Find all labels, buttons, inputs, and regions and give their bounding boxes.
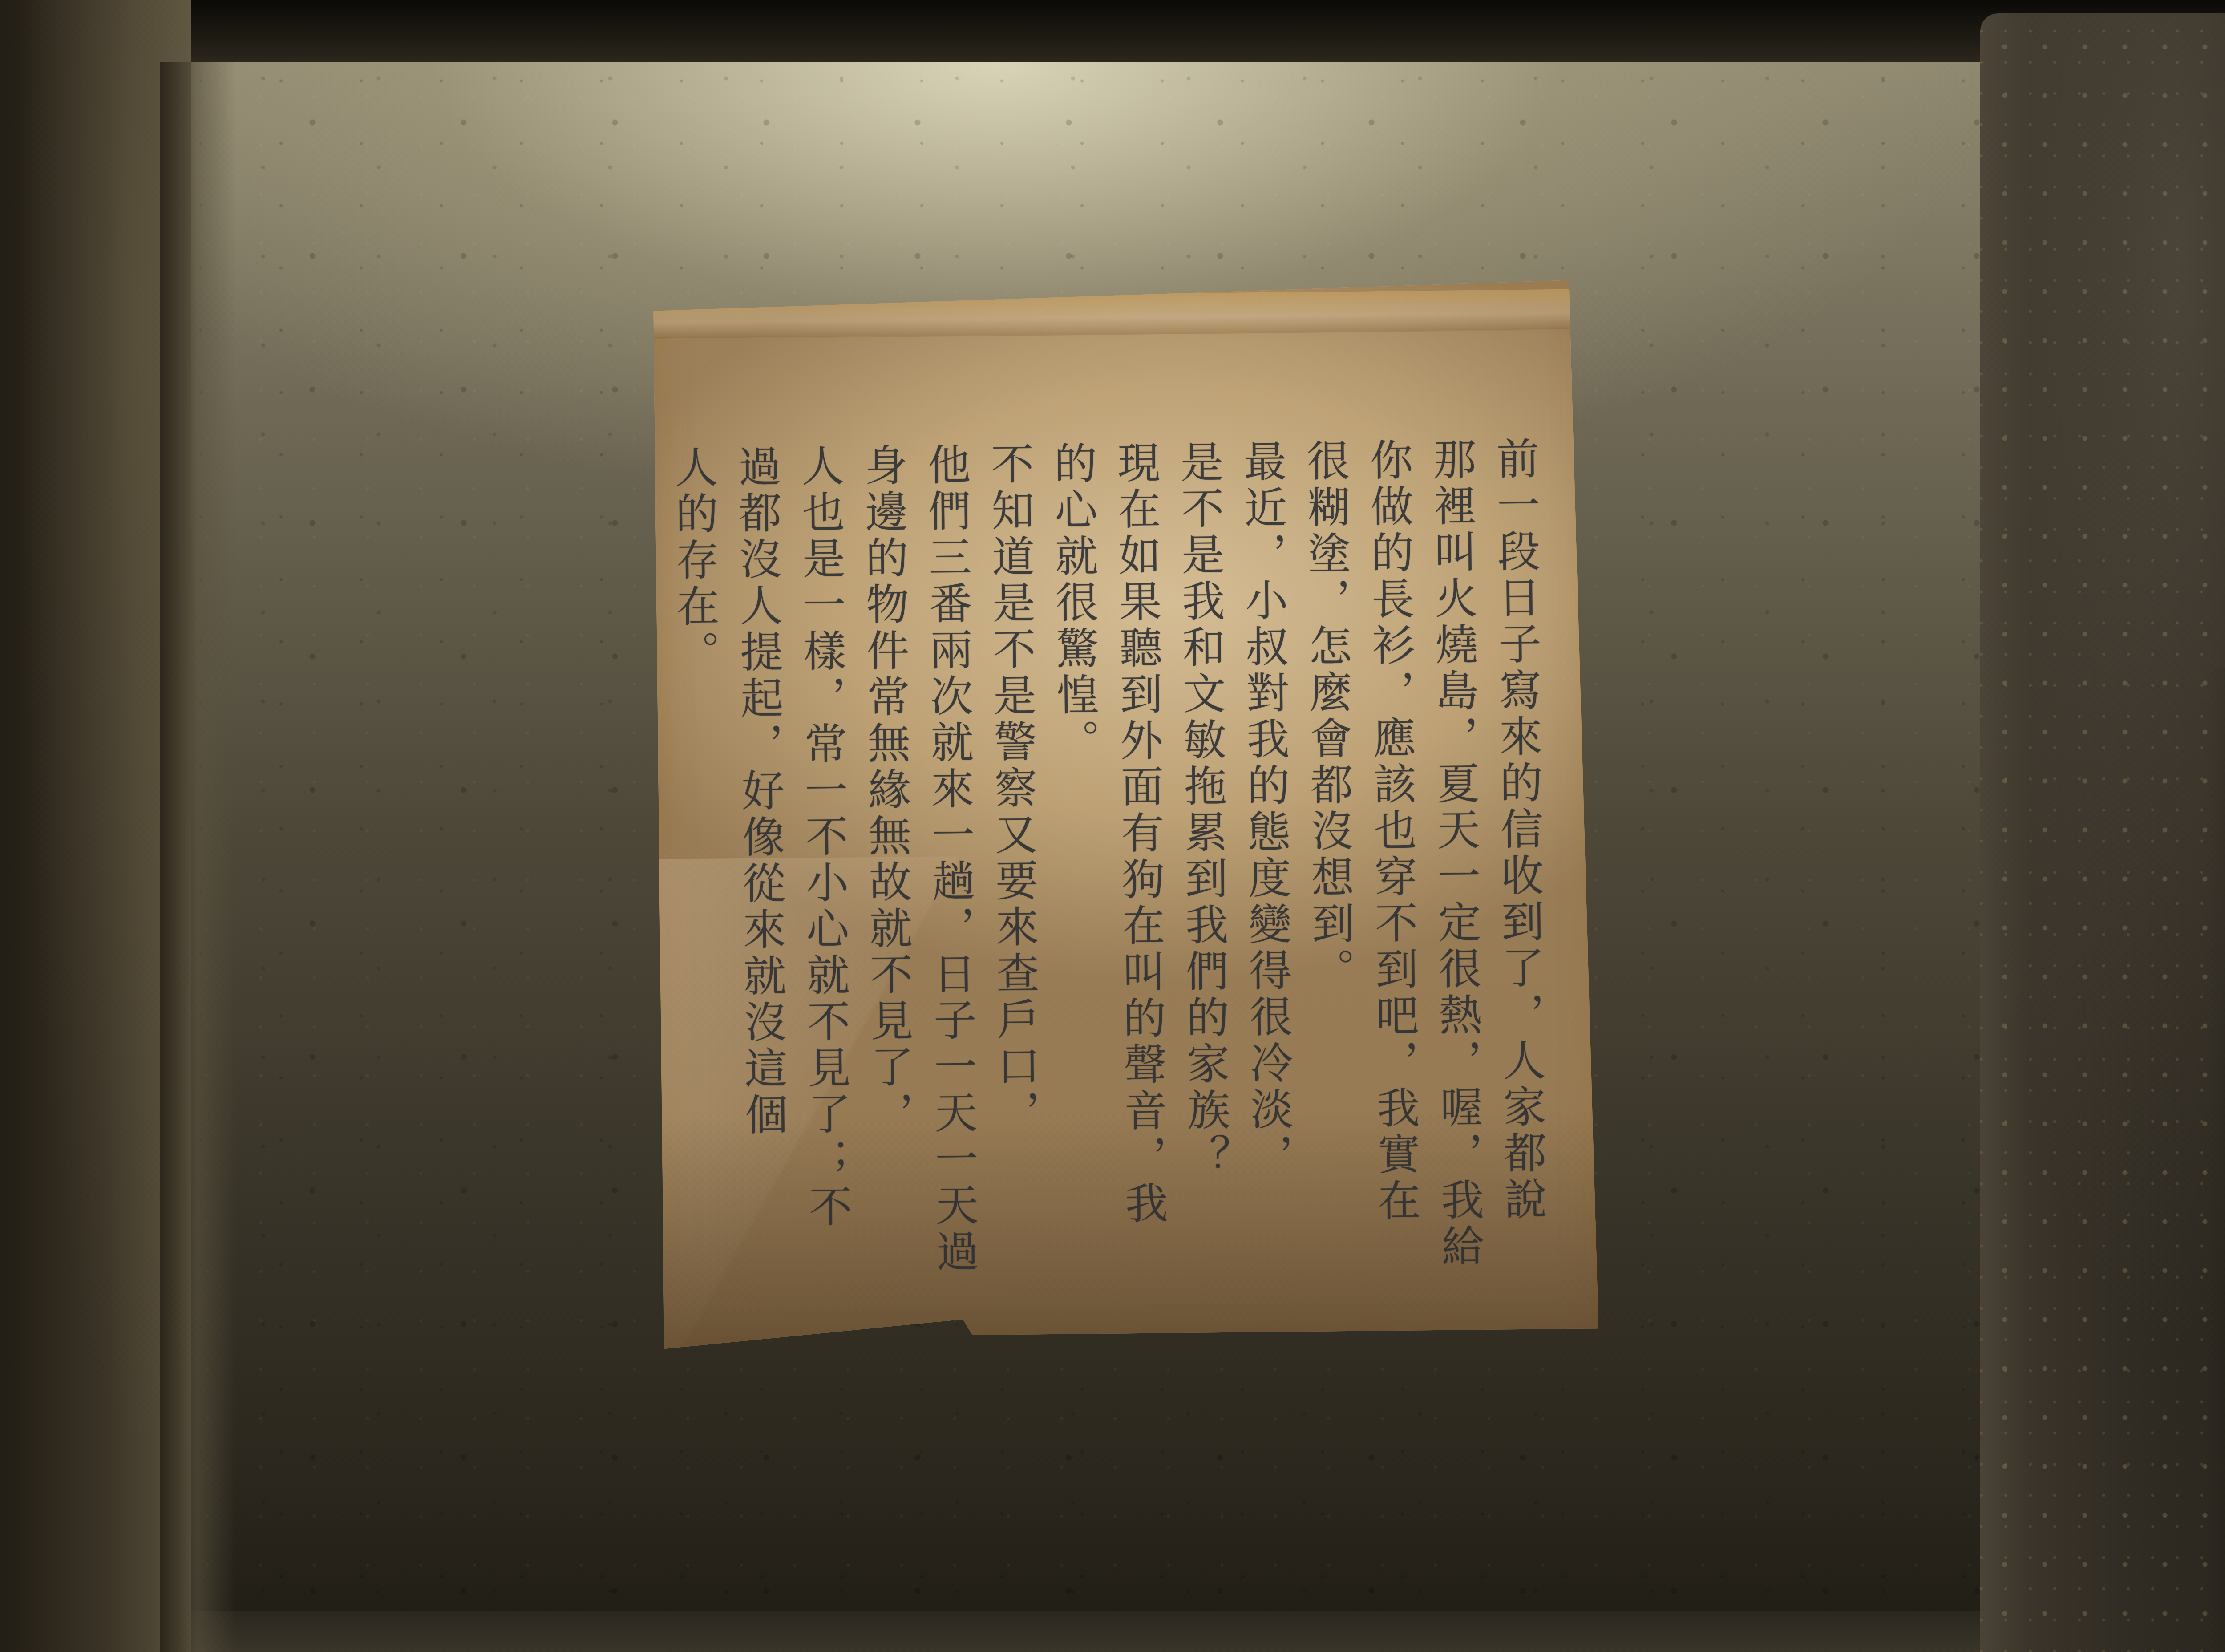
letter-column-7: 現在如果聽到外面有狗在叫的聲音，我 (1107, 440, 1164, 1108)
letter-column-11: 身邊的物件常無緣無故就不見了， (854, 443, 911, 1111)
letter-column-5: 最近，小叔對我的態度變得很冷淡， (1233, 439, 1290, 1107)
niche-scene: 前一段日子寫來的信收到了，人家都說 那裡叫火燒島，夏天一定很熱，喔，我給 你做的… (0, 0, 2225, 1652)
letter-column-14: 人的存在。 (664, 445, 721, 1113)
letter-column-10: 他們三番兩次就來一趟，日子一天一天過 (917, 442, 974, 1110)
letter-column-13: 過都沒人提起，好像從來就沒這個 (728, 444, 785, 1112)
letter-text-columns: 前一段日子寫來的信收到了，人家都說 那裡叫火燒島，夏天一定很熱，喔，我給 你做的… (664, 436, 1543, 1113)
letter-column-9: 不知道是不是警察又要來查戶口， (980, 441, 1037, 1109)
letter-column-6: 是不是我和文敏拖累到我們的家族？ (1170, 440, 1227, 1108)
letter-column-2: 那裡叫火燒島，夏天一定很熱，喔，我給 (1423, 437, 1480, 1105)
letter-column-3: 你做的長衫，應該也穿不到吧，我實在 (1359, 437, 1416, 1105)
letter-column-8: 的心就很驚惶。 (1044, 441, 1100, 1109)
right-concrete-pillar (1980, 13, 2225, 1652)
letter-column-12: 人也是一樣，常一不小心就不見了；不 (791, 444, 848, 1112)
pillar-groove-shadow (2207, 668, 2225, 1652)
letter-column-1: 前一段日子寫來的信收到了，人家都說 (1486, 436, 1543, 1104)
handwritten-letter: 前一段日子寫來的信收到了，人家都說 那裡叫火燒島，夏天一定很熱，喔，我給 你做的… (653, 280, 1599, 1349)
letter-column-4: 很糊塗，怎麼會都沒想到。 (1296, 438, 1353, 1106)
pillar-speckle-texture (1980, 13, 2225, 1652)
niche-floor-ledge (191, 1611, 1980, 1652)
top-lintel-beam (0, 0, 2225, 62)
left-pillar-inner-edge (160, 62, 236, 1652)
